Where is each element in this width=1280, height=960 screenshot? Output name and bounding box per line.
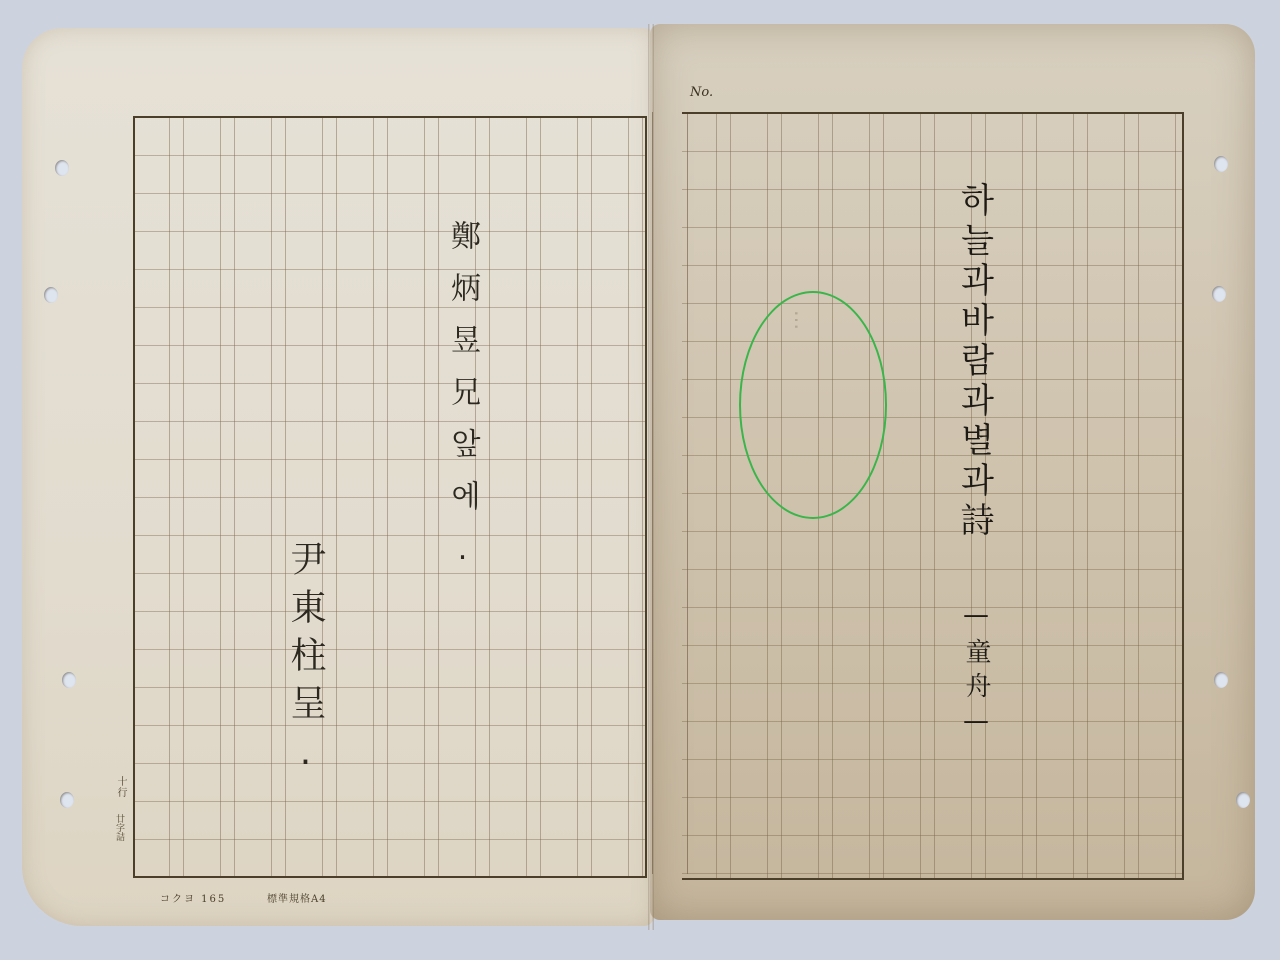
manuscript-grid: [135, 118, 645, 876]
binder-hole: [1236, 792, 1250, 808]
dedication: 鄭炳昱兄앞에.: [440, 220, 484, 589]
footer-publisher: コクヨ 165: [160, 890, 226, 905]
binder-hole: [44, 287, 58, 303]
binder-hole: [60, 792, 74, 808]
binder-hole: [1214, 156, 1228, 172]
binder-hole: [1212, 286, 1226, 302]
side-label-lines: 十行: [113, 776, 128, 798]
author-signature: 尹東柱呈.: [280, 540, 331, 785]
highlight-ellipse: [739, 291, 887, 519]
binder-hole: [1214, 672, 1228, 688]
binder-hole: [55, 160, 69, 176]
grid-frame-right: [682, 112, 1184, 880]
grid-frame-left: [133, 116, 647, 878]
manuscript-grid: [682, 114, 1182, 878]
side-label-chars: 廿字詰: [113, 814, 126, 841]
pen-name: —童舟—: [958, 600, 995, 744]
footer-paper-standard: 標準規格A4: [267, 890, 327, 905]
page-number-label: No.: [690, 85, 713, 100]
poem-collection-title: 하늘과바람과별과詩: [950, 182, 999, 542]
binder-hole: [62, 672, 76, 688]
